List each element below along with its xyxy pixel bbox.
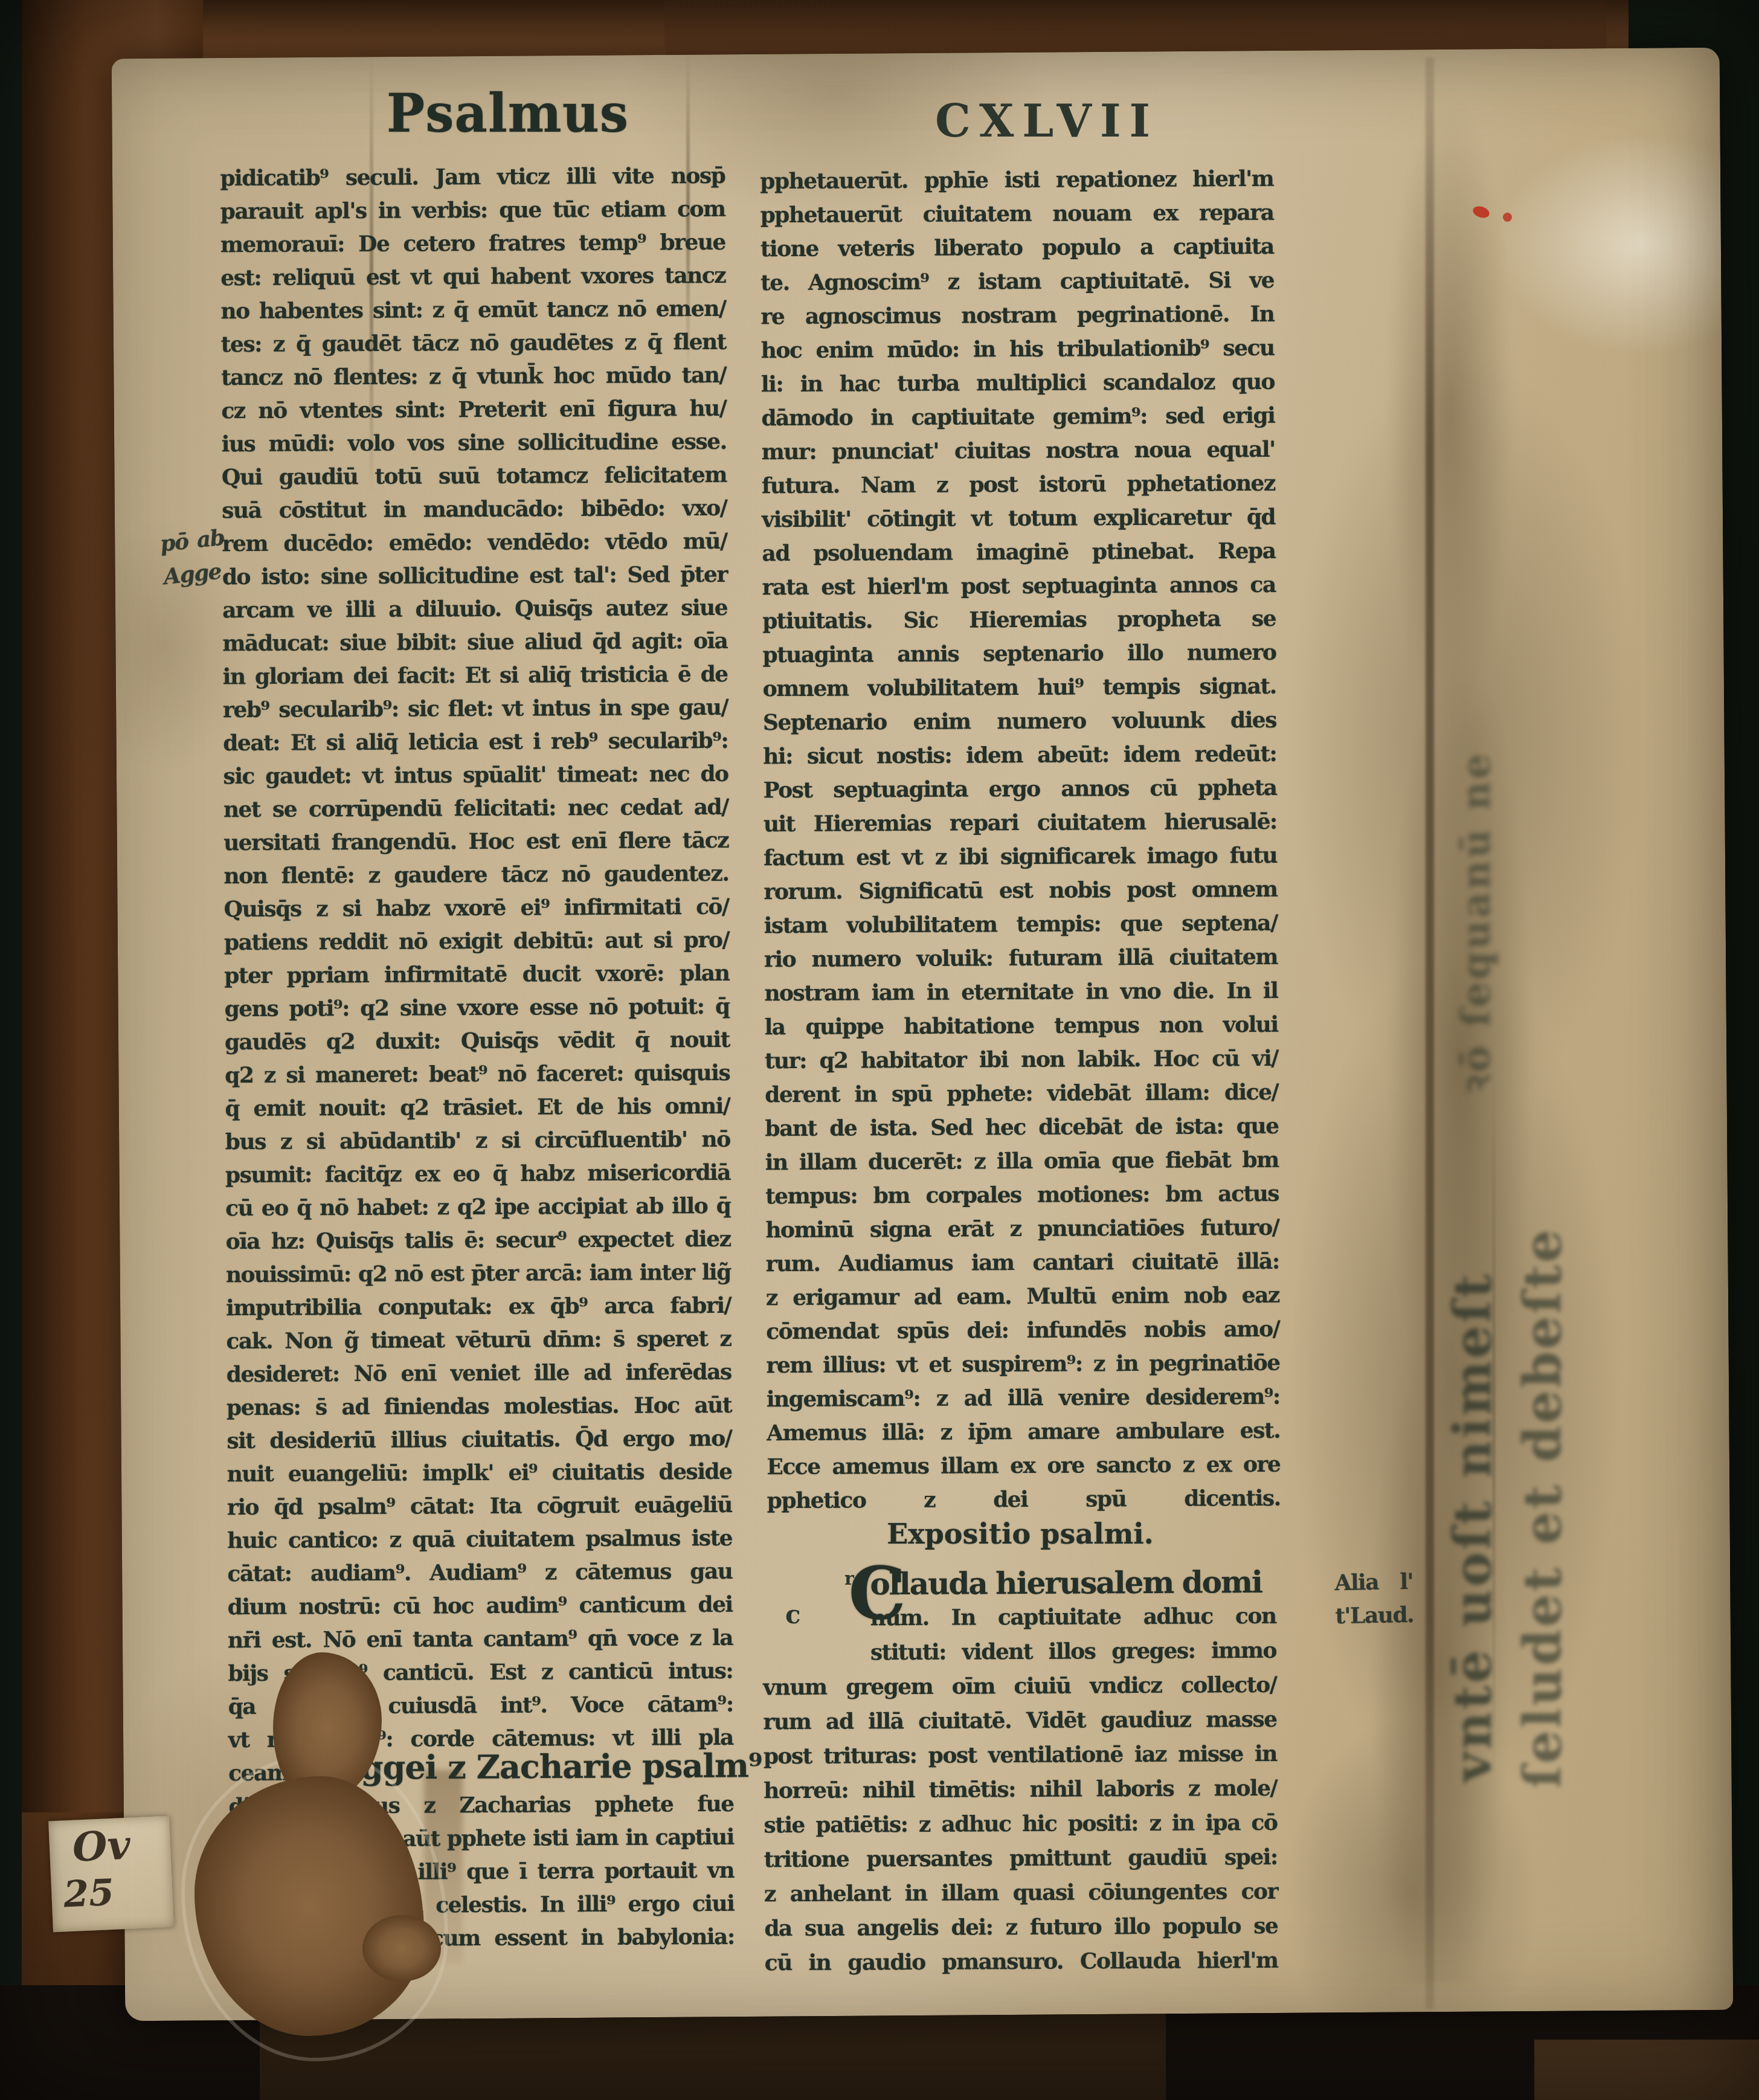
text-line: arcam ve illi a diluuio. Quisq̄s autez s… <box>222 591 727 627</box>
shelfmark-text: Ov <box>71 1821 131 1871</box>
text-line: oīa hz: Quisq̄s talis ē: secur⁹ expectet… <box>225 1223 730 1258</box>
text-line: non flentē: z gaudere tācz nō gaudentez. <box>223 857 728 893</box>
text-line: rorum. Significatū est nobis post omnem <box>764 872 1277 909</box>
text-line: uit Hieremias repari ciuitatem hierusalē… <box>764 805 1277 841</box>
text-line: pphetauerūt ciuitatem nouam ex repara <box>760 196 1273 232</box>
text-line: te. Agnoscim⁹ z istam captiuitatē. Si ve <box>761 263 1274 300</box>
fold-crease <box>1426 57 1434 2009</box>
text-line: Qui gaudiū totū suū totamcz felicitatem <box>222 459 727 494</box>
text-line: stie patiētis: z adhuc hic positi: z in … <box>764 1806 1277 1843</box>
text-line: hoc enim mūdo: in his tribulationib⁹ sec… <box>761 331 1275 367</box>
text-line: num. In captiuitate adhuc con <box>763 1599 1276 1636</box>
text-line: rio q̄d psalm⁹ cātat: Ita cōgruit euāgel… <box>227 1489 732 1524</box>
text-line: rem ducēdo: emēdo: vendēdo: vtēdo mū/ <box>222 525 727 561</box>
text-line: re agnoscimus nostram pegrinationē. In <box>761 297 1274 333</box>
text-line: nuit euangeliū: implk' ei⁹ ciuitatis des… <box>227 1455 732 1491</box>
text-line: parauit apl's in verbis: que tūc etiam c… <box>220 193 725 228</box>
text-line: Quisq̄s z si habz vxorē ei⁹ infirmitati … <box>224 891 729 926</box>
text-line: ingemiscam⁹: z ad illā venire desiderem⁹… <box>767 1380 1280 1416</box>
text-line: cōmendat spūs dei: infundēs nobis amo/ <box>766 1312 1279 1348</box>
text-line: la quippe habitatione tempus non volui <box>764 1008 1278 1044</box>
text-line: li: in hac turba multiplici scandaloz qu… <box>761 365 1275 401</box>
text-line: ptiuitatis. Sic Hieremias propheta se <box>762 602 1276 638</box>
text-line: ptuaginta annis septenario illo numero <box>762 636 1276 672</box>
text-line: dāmodo in captiuitate gemim⁹: sed erigi <box>761 399 1275 435</box>
text-line: t'Laud. <box>1335 1599 1414 1633</box>
text-line: bant de ista. Sed hec dicebāt de ista: q… <box>765 1109 1278 1145</box>
leather-corner-bottom-right <box>1534 2040 1759 2100</box>
text-line: cātat: audiam⁹. Audiam⁹ z cātemus gau <box>227 1555 732 1591</box>
text-line: pphetico z dei spū dicentis. <box>767 1481 1281 1518</box>
text-line: hominū signa erāt z pnunciatiōes futuro/ <box>765 1211 1279 1247</box>
text-line: desideret: Nō enī veniet ille ad inferēd… <box>227 1356 732 1391</box>
text-line: memorauī: De cetero fratres temp⁹ breue <box>220 226 725 262</box>
text-line: nostram iam in eternitate in vno die. In… <box>764 974 1278 1010</box>
exposition-paragraph: C ollauda hierusalem dominum. In captiui… <box>762 1565 1278 1980</box>
text-line: da sua angelis dei: z futuro illo populo… <box>764 1909 1278 1946</box>
text-line: istam volubilitatem tempis: que septena/ <box>764 906 1278 942</box>
text-line: tione veteris liberato populo a captiuit… <box>761 230 1274 266</box>
text-line: deat: Et si aliq̄ leticia est i reb⁹ sec… <box>223 724 728 760</box>
text-line: Alia l' <box>1334 1565 1413 1600</box>
guide-letter-c: c <box>785 1600 801 1629</box>
text-line: tancz nō flentes: z q̄ vtunk̄ hoc mūdo t… <box>221 359 726 395</box>
text-line: imputribilia conputak: ex q̄b⁹ arca fabr… <box>226 1289 731 1325</box>
text-line: in gloriam dei facit: Et si aliq̄ tristi… <box>223 658 728 694</box>
text-line: do isto: sine sollicitudine est tal': Se… <box>222 558 727 594</box>
text-line: pter ppriam infirmitatē ducit vxorē: pla… <box>224 957 729 993</box>
text-line: bus z si abūdantib' z si circūfluentib' … <box>225 1123 730 1159</box>
text-line: gaudēs q2 duxit: Quisq̄s vēdit q̄ nouit <box>225 1023 730 1059</box>
text-line: vnum gregem oīm ciuiū vndicz collecto/ <box>763 1668 1276 1705</box>
text-line: pphetauerūt. pphīe isti repationez hierl… <box>760 162 1273 198</box>
text-line: cū in gaudio pmansuro. Collauda hierl'm <box>764 1944 1278 1980</box>
text-line: pidicatib⁹ seculi. Jam vticz illi vite n… <box>220 159 725 195</box>
text-line: cū eo q̄ nō habet: z q2 ipe accipiat ab … <box>225 1190 730 1225</box>
ghost-offset-text-band: vntē uoſt nimeſt <box>1442 1118 1517 1782</box>
text-line: rum ad illā ciuitatē. Vidēt gaudiuz mass… <box>763 1702 1276 1739</box>
handwritten-margin-note: pō abAgge. <box>159 521 230 594</box>
text-line: in illam ducerēt: z illa omīa que fiebāt… <box>765 1143 1279 1179</box>
red-ink-mark <box>1503 213 1512 222</box>
text-line: Septenario enim numero voluunk dies <box>763 703 1276 739</box>
text-line: visibilit' cōtingit vt totum explicaretu… <box>762 500 1275 536</box>
text-line: no habentes sint: z q̄ emūt tancz nō eme… <box>220 292 725 328</box>
running-title: Psalmus <box>387 82 629 145</box>
text-line: reb⁹ secularib⁹: sic flet: vt intus in s… <box>223 691 728 727</box>
text-line: nouissimū: q2 nō est p̄ter arcā: iam int… <box>226 1256 731 1292</box>
text-line: huic cantico: z quā ciuitatem psalmus is… <box>227 1522 732 1557</box>
text-line: z anhelant in illam quasi cōiungentes co… <box>764 1875 1278 1912</box>
guide-letter-r: r <box>844 1568 854 1589</box>
text-line: cak. Non g̃ timeat vēturū dn̄m: s̄ spere… <box>226 1322 731 1358</box>
text-line: nr̄i est. Nō enī tanta cantam⁹ qn̄ voce … <box>228 1622 733 1657</box>
text-line: Amemus illā: z ip̄m amare ambulare est. <box>767 1414 1280 1450</box>
text-line: rem illius: vt et suspirem⁹: z in pegrin… <box>766 1346 1279 1382</box>
text-line: derent in spū pphete: videbāt illam: dic… <box>765 1075 1278 1112</box>
text-line: futura. Nam z post istorū pphetationez <box>762 466 1275 503</box>
psalm-number: CXLVII <box>935 95 1159 147</box>
text-line: Post septuaginta ergo annos cū ppheta <box>763 771 1276 807</box>
shelfmark-label: Ov 25 <box>48 1816 174 1933</box>
text-line: omnem volubilitatem hui⁹ tempis signat. <box>763 669 1276 706</box>
ghost-offset-text-band: ꝛō ſequanū ne <box>1449 683 1519 1093</box>
text-line: dium nostrū: cū hoc audim⁹ canticum dei <box>228 1588 733 1624</box>
text-line: ius mūdi: volo vos sine sollicitudine es… <box>222 425 727 461</box>
scanned-incunabulum-page: ꝛō ſequanū ne vntē uoſt nimeſt ſeludet e… <box>0 0 1759 2100</box>
text-line: mur: pnunciat' ciuitas nostra noua equal… <box>761 433 1275 469</box>
ghost-offset-text-band: ſeludet et debeſte <box>1513 1160 1587 1788</box>
text-line: z erigamur ad eam. Multū enim nob eaz <box>766 1278 1279 1315</box>
expositio-psalmi-heading: Expositio psalmi. <box>764 1518 1277 1550</box>
text-line: sit desideriū illius ciuitatis. Q̄d ergo… <box>227 1422 732 1458</box>
text-line: ollauda hierusalem domi <box>762 1565 1276 1602</box>
scan-background-left <box>0 0 24 2100</box>
text-line: gens poti⁹: q2 sine vxore esse nō potuit… <box>224 990 729 1026</box>
text-line: cz nō vtentes sint: Preterit enī figura … <box>221 392 726 428</box>
text-line: māducat: siue bibit: siue aliud q̄d agit… <box>222 625 727 660</box>
text-line: patiens reddit nō exigit debitū: aut si … <box>224 924 729 959</box>
text-line: tempus: bm corpales motiones: bm actus <box>765 1177 1279 1213</box>
text-line: hi: sicut nostis: idem abeūt: idem redeū… <box>763 737 1276 773</box>
text-line: Agge. <box>162 554 229 594</box>
text-line: ad psoluendam imaginē ptinebat. Repa <box>762 534 1275 570</box>
text-line: tritione puersantes pmittunt gaudiū spei… <box>764 1840 1278 1877</box>
text-line: est: reliquū est vt qui habent vxores ta… <box>220 259 725 295</box>
printed-margin-note: Alia l't'Laud. <box>1334 1565 1414 1633</box>
text-line: Ecce amemus illam ex ore sancto z ex ore <box>767 1448 1280 1484</box>
text-line: stituti: vident illos greges: immo <box>763 1634 1276 1670</box>
text-line: rata est hierl'm post septuaginta annos … <box>762 568 1276 604</box>
text-line: factum est vt z ibi significarek imago f… <box>764 839 1277 875</box>
text-column-right: pphetauerūt. pphīe isti repationez hierl… <box>760 162 1281 1518</box>
text-line: uersitati frangendū. Hoc est enī flere t… <box>223 824 728 860</box>
text-line: q̄ emit nouit: q2 trāsiet. Et de his omn… <box>225 1090 730 1126</box>
text-line: rum. Audiamus iam cantari ciuitatē illā: <box>766 1245 1279 1281</box>
chapter-heading-aggei-zacharie: Aggei z Zacharie psalm⁹ <box>336 1746 762 1787</box>
drop-cap-initial-C: C <box>848 1561 906 1627</box>
paper-tear-patch <box>362 1915 441 1982</box>
shelfmark-text: 25 <box>63 1872 115 1916</box>
text-line: sic gaudet: vt intus spūalit' timeat: ne… <box>223 758 728 793</box>
text-line: psumit: facitq̄z ex eo q̄ habz misericor… <box>225 1156 730 1192</box>
text-line: rio numero voluik: futuram illā ciuitate… <box>764 940 1278 976</box>
text-line: post trituras: post ventilationē iaz mis… <box>764 1737 1277 1774</box>
text-line: horreū: nihil timētis: nihil laboris z m… <box>764 1771 1277 1808</box>
text-line: q2 z si maneret: beat⁹ nō faceret: quisq… <box>225 1057 730 1092</box>
text-line: suā cōstitut in manducādo: bibēdo: vxo/ <box>222 492 727 527</box>
text-line: penas: s̄ ad finiendas molestias. Hoc aū… <box>227 1389 732 1425</box>
text-line: tes: z q̄ gaudēt tācz nō gaudētes z q̄ f… <box>221 326 726 361</box>
text-line: tur: q2 habitator ibi non labik. Hoc cū … <box>765 1042 1278 1078</box>
text-line: net se corrūpendū felicitati: nec cedat … <box>223 791 728 826</box>
